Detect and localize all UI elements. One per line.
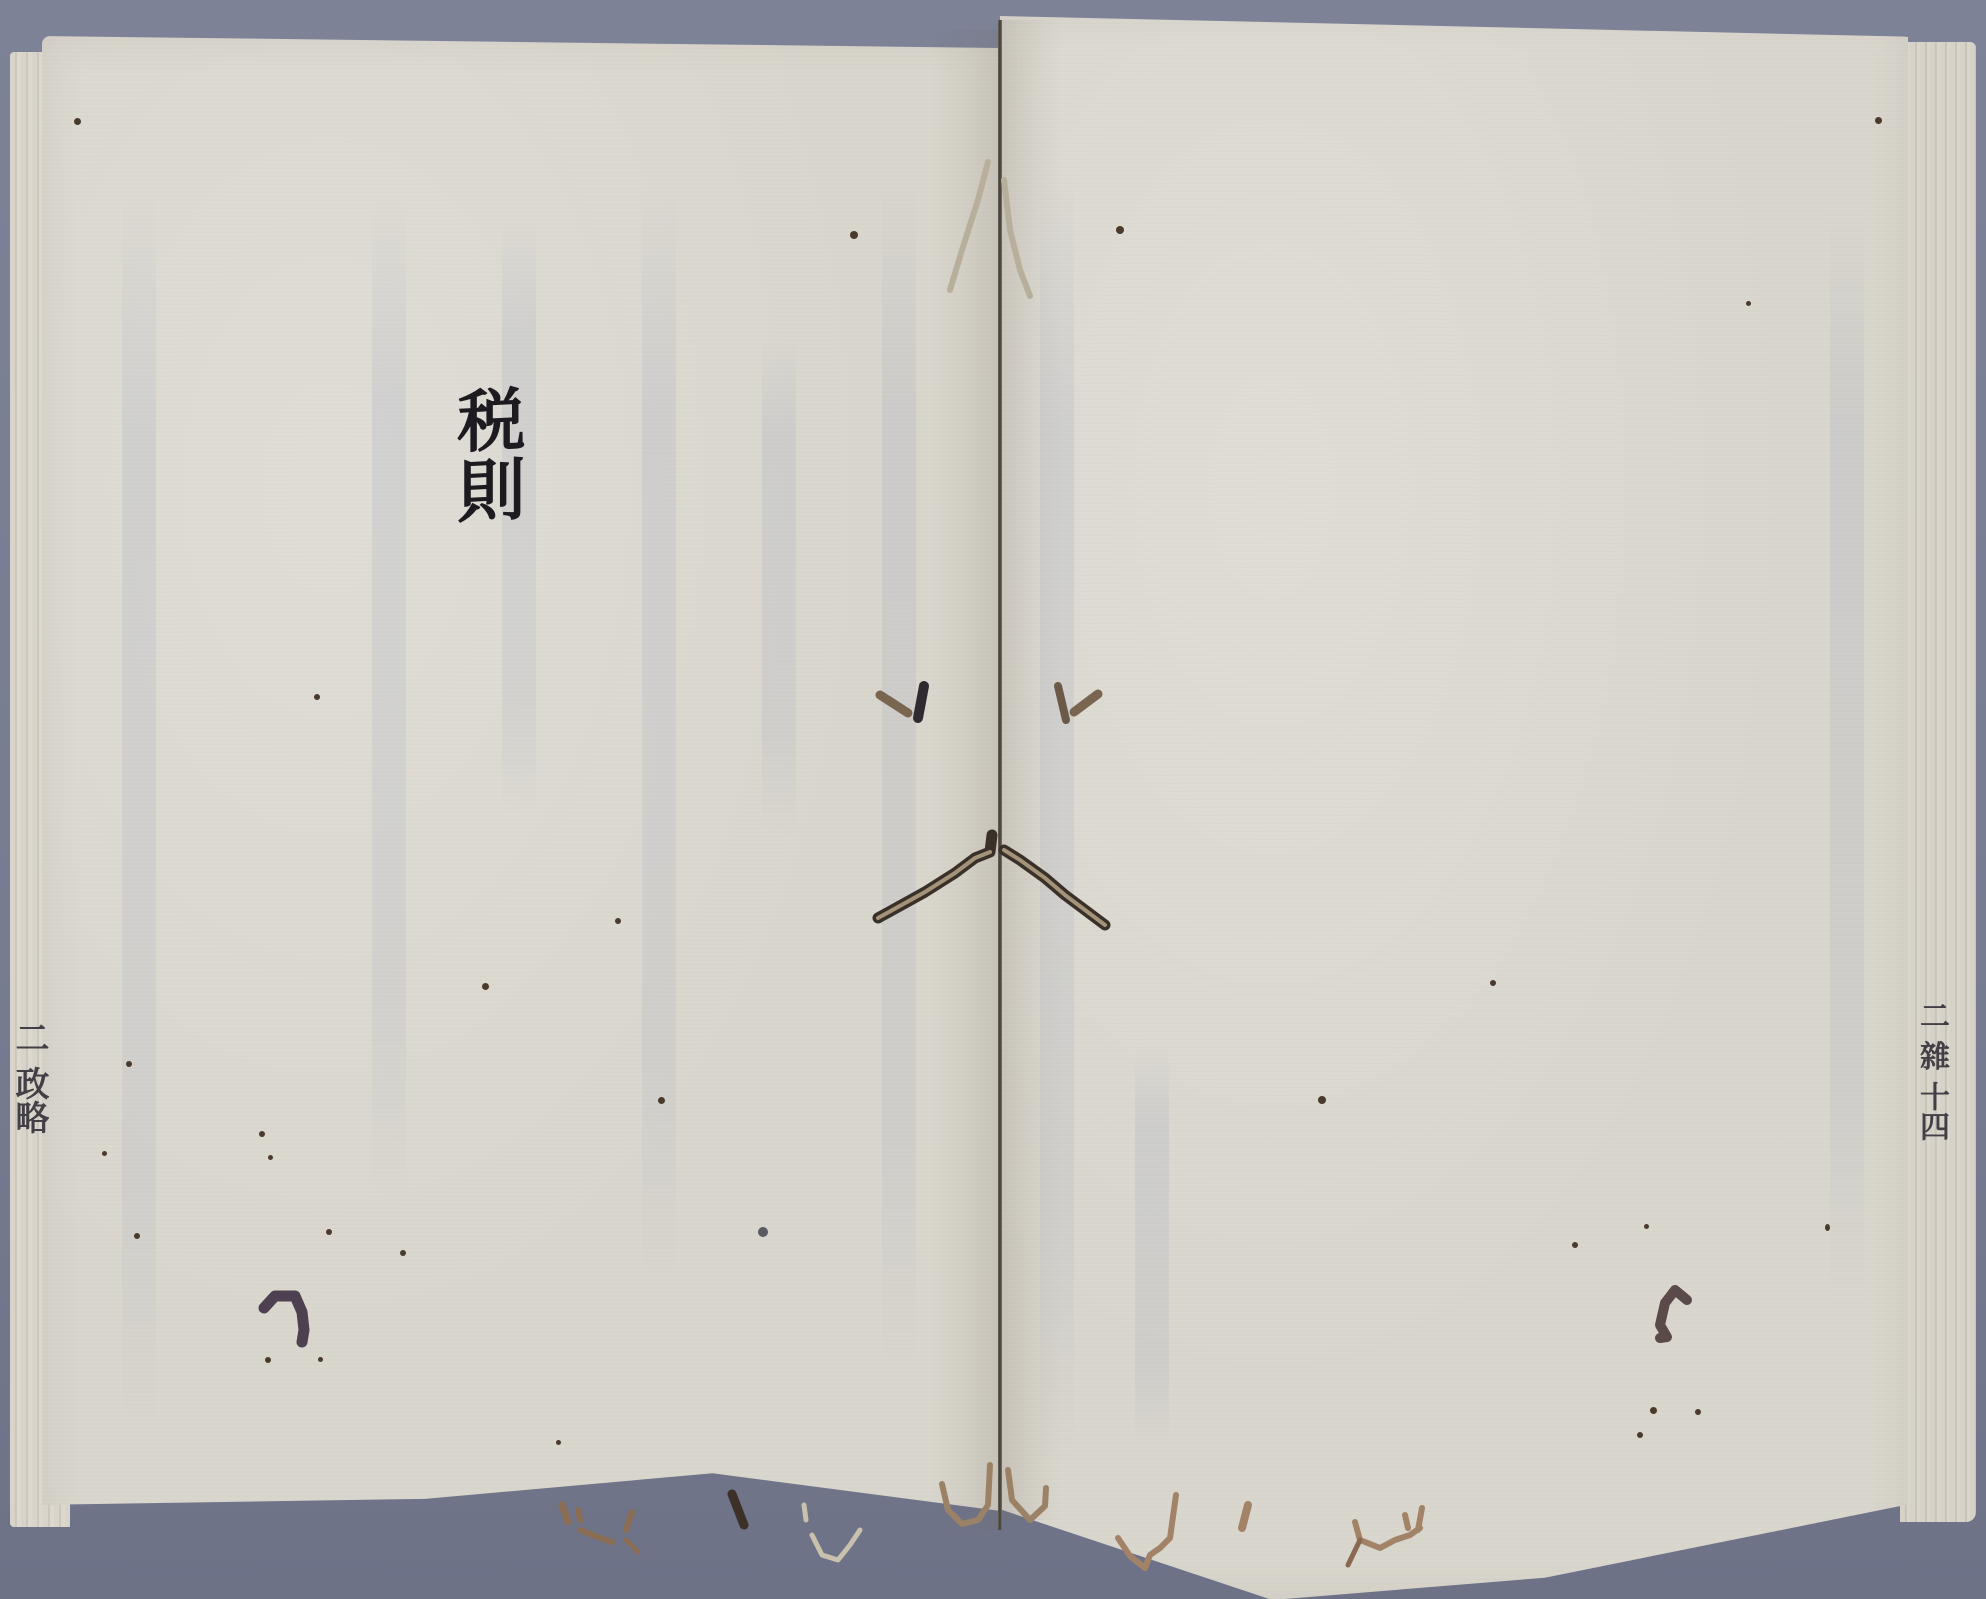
worm-tunnels — [0, 0, 1986, 1599]
